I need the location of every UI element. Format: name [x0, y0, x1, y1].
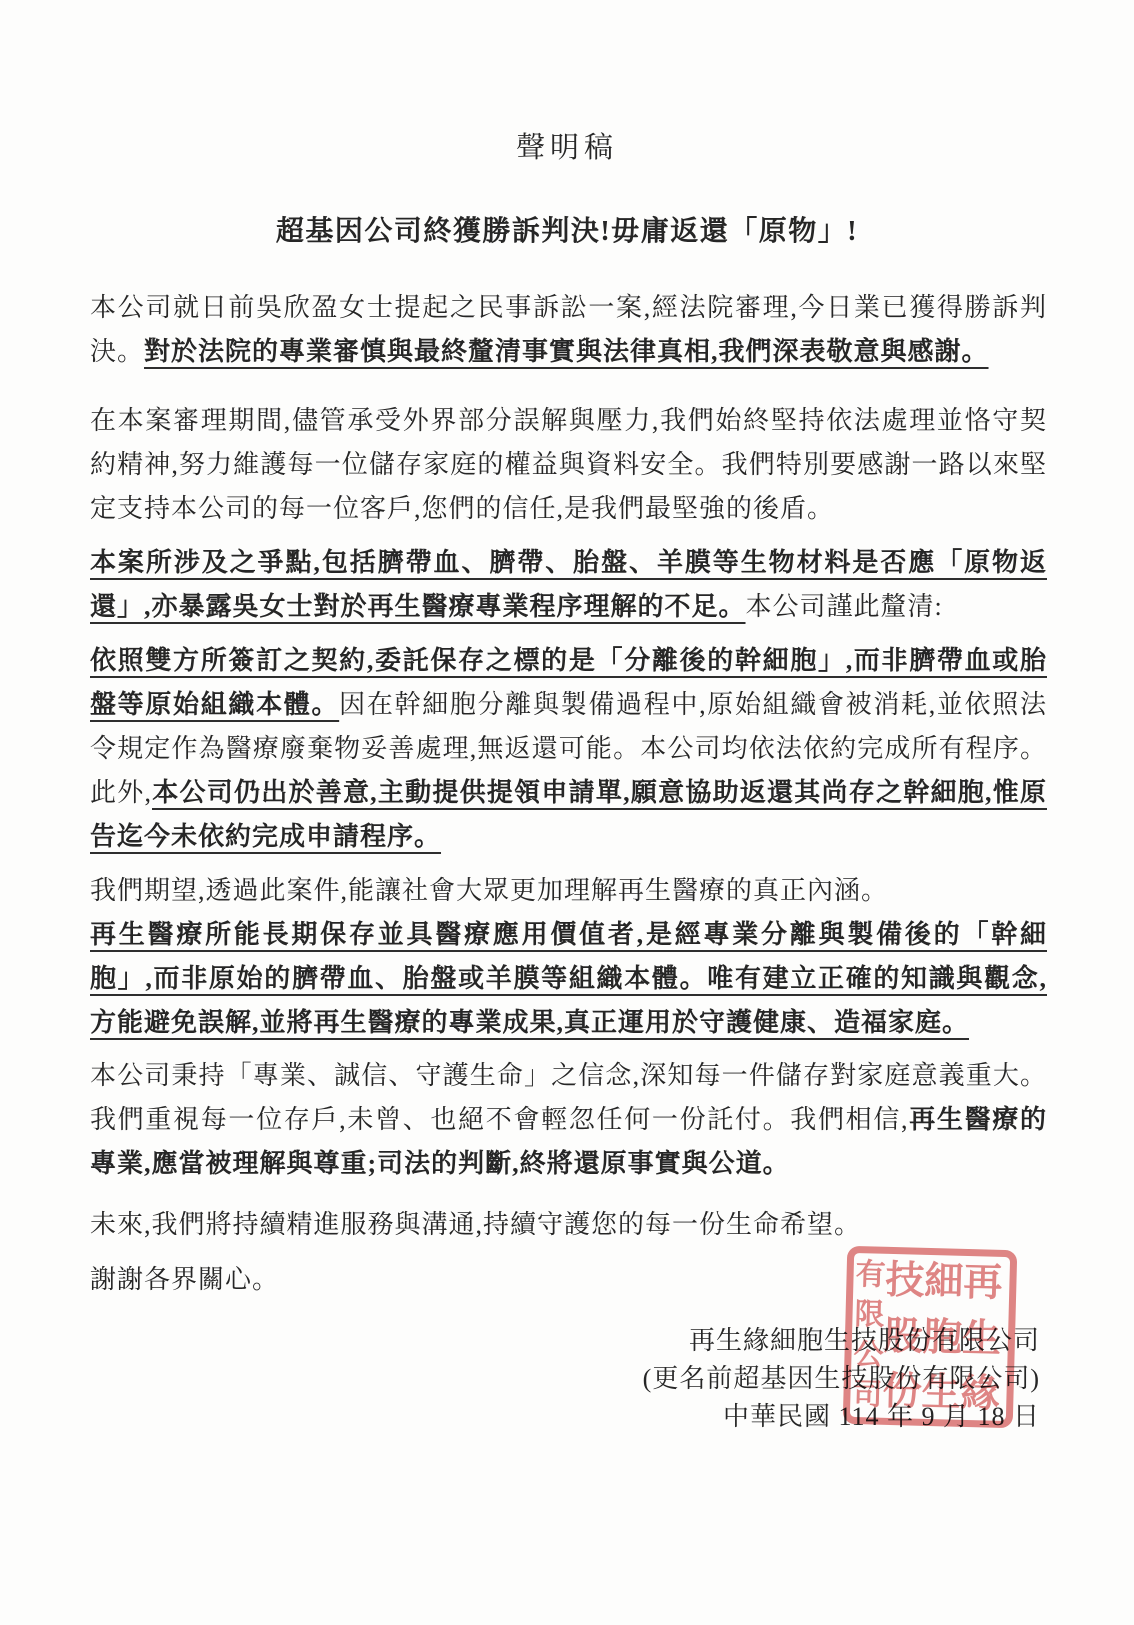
paragraph: 依照雙方所簽訂之契約,委託保存之標的是「分離後的幹細胞」,而非臍帶血或胎盤等原始…	[90, 639, 1047, 859]
text-run: 對於法院的專業審慎與最終釐清事實與法律真相,我們深表敬意與感謝。	[144, 337, 989, 366]
text-run: 未來,我們將持續精進服務與溝通,持續守護您的每一份生命希望。	[90, 1210, 861, 1239]
paragraph: 本公司秉持「專業、誠信、守護生命」之信念,深知每一件儲存對家庭意義重大。我們重視…	[90, 1054, 1047, 1186]
seal-character: 細	[924, 1262, 964, 1302]
paragraph: 本案所涉及之爭點,包括臍帶血、臍帶、胎盤、羊膜等生物材料是否應「原物返還」,亦暴…	[90, 541, 1047, 629]
text-run: 我們期望,透過此案件,能讓社會大眾更加理解再生醫療的真正內涵。	[90, 876, 888, 905]
seal-character: 司	[852, 1380, 883, 1411]
seal-character: 再	[963, 1263, 1003, 1303]
seal-character: 份	[882, 1372, 922, 1412]
seal-character: 生	[921, 1373, 961, 1413]
seal-column: 細胞生	[921, 1262, 964, 1413]
text-run: 本公司謹此釐清:	[746, 592, 943, 621]
paragraph: 在本案審理期間,儘管承受外界部分誤解與壓力,我們始終堅持依法處理並恪守契約精神,…	[90, 399, 1047, 531]
text-run: 本公司秉持「專業、誠信、守護生命」之信念,深知每一件儲存對家庭意義重大。我們重視…	[90, 1061, 1047, 1134]
seal-character: 胞	[922, 1317, 962, 1357]
company-seal: 再生緣細胞生技股份有限公司	[843, 1246, 1018, 1428]
document-headline: 超基因公司終獲勝訴判決!毋庸返還「原物」!	[0, 216, 1134, 248]
text-run: 謝謝各界關心。	[90, 1265, 279, 1294]
statement-document-page: 聲明稿 超基因公司終獲勝訴判決!毋庸返還「原物」! 本公司就日前吳欣盈女士提起之…	[0, 0, 1134, 1625]
seal-character: 技	[885, 1261, 925, 1301]
seal-character: 股	[883, 1316, 923, 1356]
seal-character: 限	[854, 1300, 885, 1331]
seal-character: 緣	[960, 1374, 1000, 1414]
seal-character: 有	[855, 1260, 886, 1291]
seal-column: 再生緣	[960, 1263, 1003, 1414]
paragraph: 未來,我們將持續精進服務與溝通,持續守護您的每一份生命希望。	[90, 1203, 1047, 1247]
paragraph: 我們期望,透過此案件,能讓社會大眾更加理解再生醫療的真正內涵。再生醫療所能長期保…	[90, 869, 1047, 1045]
seal-column: 有限公司	[852, 1260, 886, 1411]
document-title: 聲明稿	[0, 132, 1134, 164]
seal-column: 技股份	[882, 1261, 925, 1412]
text-run: 在本案審理期間,儘管承受外界部分誤解與壓力,我們始終堅持依法處理並恪守契約精神,…	[90, 406, 1047, 523]
text-run: 再生醫療所能長期保存並具醫療應用價值者,是經專業分離與製備後的「幹細胞」,而非原…	[90, 920, 1047, 1037]
text-run: 本公司仍出於善意,主動提供提領申請單,願意協助返還其尚存之幹細胞,惟原告迄今未依…	[90, 778, 1047, 851]
paragraph: 本公司就日前吳欣盈女士提起之民事訴訟一案,經法院審理,今日業已獲得勝訴判決。對於…	[90, 286, 1047, 374]
seal-character: 生	[961, 1318, 1001, 1358]
seal-character: 公	[853, 1340, 884, 1371]
